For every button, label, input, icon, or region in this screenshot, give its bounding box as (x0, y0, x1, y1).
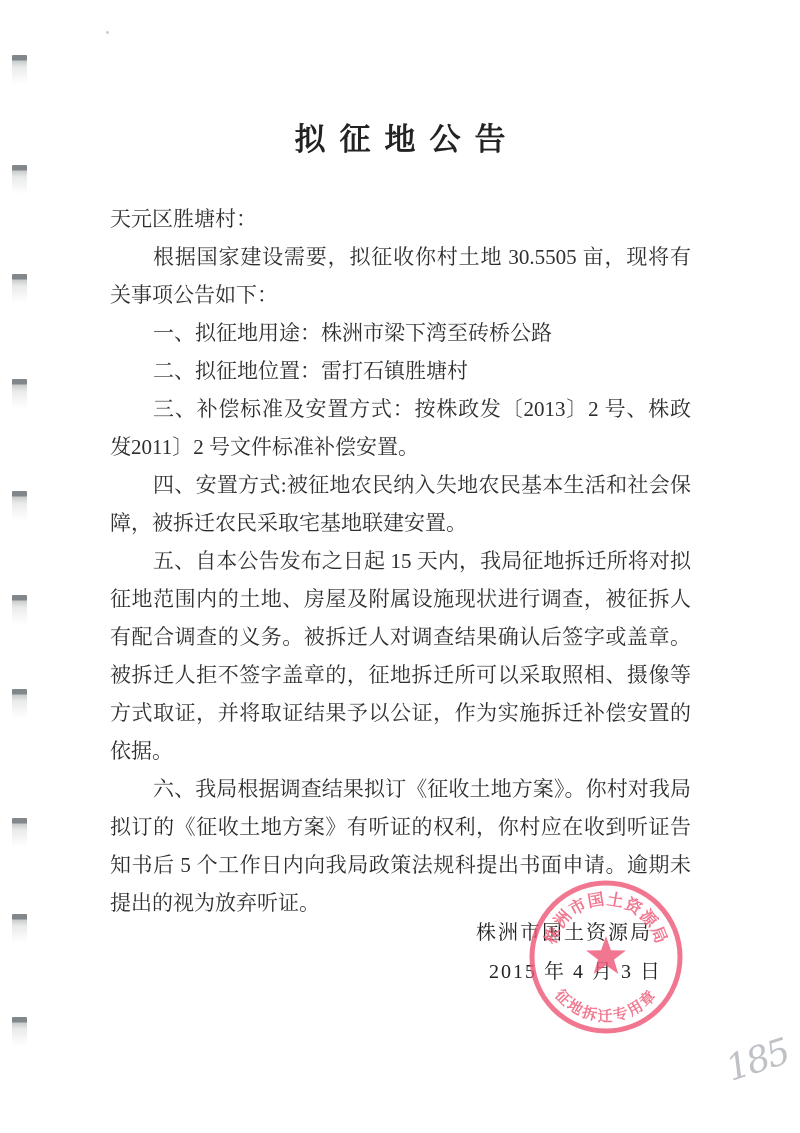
body-line: 六、我局根据调查结果拟订《征收土地方案》。你村对我局 (110, 770, 691, 808)
official-seal: 株洲市国土资源局 征地拆迁专用章 (521, 872, 691, 1042)
body-line: 五、自本公告发布之日起 15 天内，我局征地拆迁所将对拟 (110, 542, 691, 580)
body-line: 依据。 (110, 732, 691, 770)
binding-mark (12, 165, 27, 195)
body-line: 方式取证，并将取证结果予以公证，作为实施拆迁补偿安置的 (110, 694, 691, 732)
scanned-document-page: 拟征地公告 天元区胜塘村：根据国家建设需要，拟征收你村土地 30.5505 亩，… (0, 0, 800, 1133)
binding-mark (12, 55, 27, 85)
body-line: 有配合调查的义务。被拆迁人对调查结果确认后签字或盖章。 (110, 618, 691, 656)
body-line: 二、拟征地位置：雷打石镇胜塘村 (110, 352, 691, 390)
body-line: 一、拟征地用途：株洲市梁下湾至砖桥公路 (110, 314, 691, 352)
body-line: 〔2011〕2 号文件标准补偿安置。 (110, 428, 691, 466)
seal-star-icon (586, 936, 626, 974)
binding-mark (12, 689, 27, 719)
binding-mark (12, 595, 27, 625)
binding-mark (12, 379, 27, 409)
binding-mark (12, 818, 27, 848)
body-line: 关事项公告如下： (110, 276, 691, 314)
body-line: 拟订的《征收土地方案》有听证的权利，你村应在收到听证告 (110, 808, 691, 846)
body-line: 障，被拆迁农民采取宅基地联建安置。 (110, 504, 691, 542)
handwritten-page-number: 185 (721, 1031, 793, 1089)
document-body: 天元区胜塘村：根据国家建设需要，拟征收你村土地 30.5505 亩，现将有关事项… (110, 200, 691, 922)
binding-mark (12, 491, 27, 521)
body-line: 根据国家建设需要，拟征收你村土地 30.5505 亩，现将有 (110, 238, 691, 276)
body-line: 征地范围内的土地、房屋及附属设施现状进行调查，被征拆人 (110, 580, 691, 618)
body-line: 天元区胜塘村： (110, 200, 691, 238)
scan-speck (106, 31, 109, 34)
body-line: 四、安置方式:被征地农民纳入失地农民基本生活和社会保 (110, 466, 691, 504)
binding-mark (12, 1017, 27, 1047)
document-title: 拟征地公告 (0, 118, 800, 162)
binding-mark (12, 274, 27, 304)
binding-mark (12, 914, 27, 944)
body-line: 三、补偿标准及安置方式：按株政发〔2013〕2 号、株政发 (110, 390, 691, 428)
body-line: 被拆迁人拒不签字盖章的，征地拆迁所可以采取照相、摄像等 (110, 656, 691, 694)
